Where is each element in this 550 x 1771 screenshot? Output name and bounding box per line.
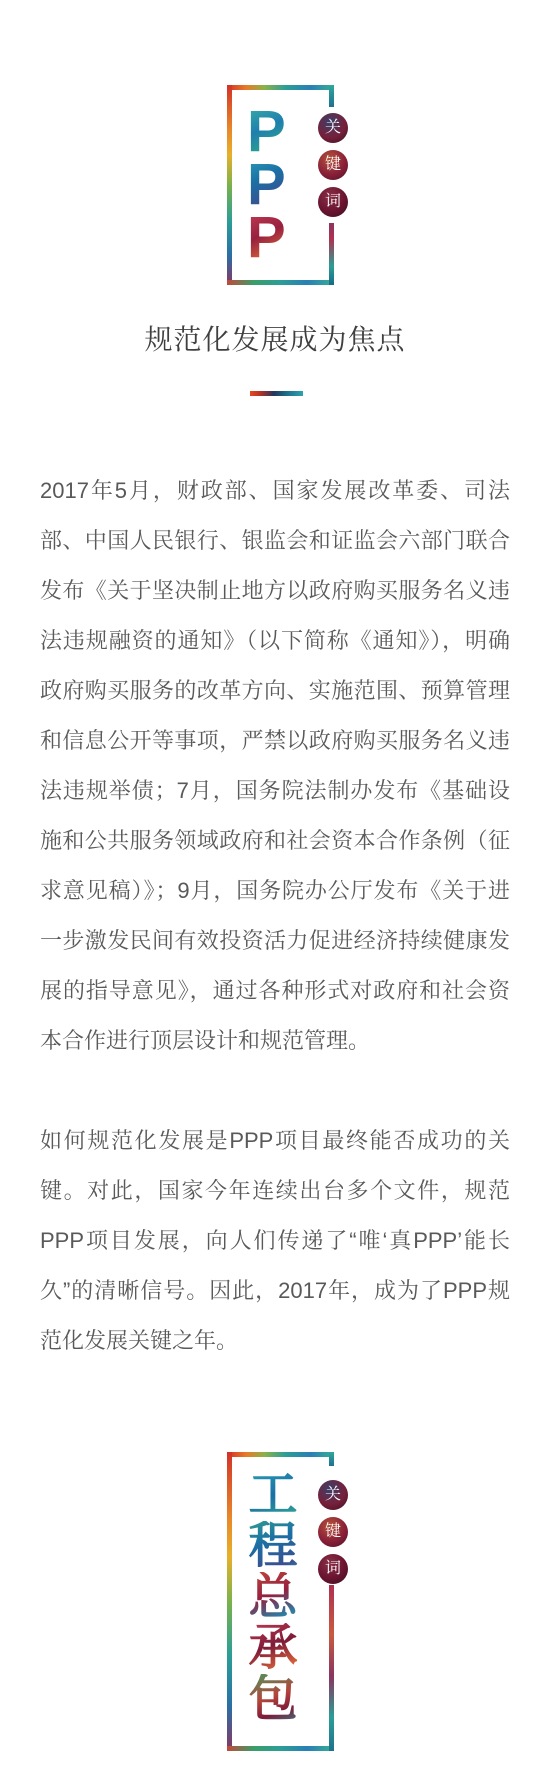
frame-bottom-border	[227, 280, 334, 285]
frame-top-border	[227, 1452, 334, 1457]
frame-top-border	[227, 85, 334, 90]
next-keyword-logo: 工 程 总 承 包 关 键 词	[227, 1452, 334, 1751]
article-page: P P P 关 键 词 规范化发展成为焦点 2017年5月，财政部、国家发展改革…	[0, 0, 550, 1771]
frame-bottom-border	[227, 1746, 334, 1751]
paragraph-conclusion: 如何规范化发展是PPP项目最终能否成功的关键。对此，国家今年连续出台多个文件，规…	[40, 1116, 510, 1366]
keyword-badges: 关 键 词	[318, 1480, 348, 1591]
ppp-keyword-logo: P P P 关 键 词	[227, 85, 334, 285]
logo-letter-p-3: P	[247, 211, 301, 264]
keyword-badge-1: 关	[318, 113, 348, 143]
keyword-badge-1: 关	[318, 1480, 348, 1510]
keyword-badge-3: 词	[318, 1554, 348, 1584]
paragraph-policy-overview: 2017年5月，财政部、国家发展改革委、司法部、中国人民银行、银监会和证监会六部…	[40, 466, 510, 1066]
gradient-divider	[250, 391, 303, 396]
logo-letter-p-2: P	[247, 158, 301, 211]
article-title: 规范化发展成为焦点	[0, 318, 550, 358]
frame-left-border	[227, 1452, 232, 1751]
article-body: 2017年5月，财政部、国家发展改革委、司法部、中国人民银行、银监会和证监会六部…	[40, 466, 510, 1416]
frame-right-border-top	[329, 85, 334, 107]
frame-right-border-top	[329, 1452, 334, 1466]
vertical-keyword-characters: 工 程 总 承 包	[244, 1470, 302, 1725]
keyword-badges: 关 键 词	[318, 113, 348, 224]
keyword-char-2: 程	[244, 1521, 302, 1572]
keyword-char-4: 承	[244, 1623, 302, 1674]
keyword-char-5: 包	[244, 1674, 302, 1725]
frame-left-border	[227, 85, 232, 285]
frame-right-border-bottom	[329, 1585, 334, 1751]
keyword-badge-3: 词	[318, 187, 348, 217]
ppp-letters: P P P	[247, 105, 301, 264]
keyword-char-1: 工	[244, 1470, 302, 1521]
keyword-badge-2: 键	[318, 150, 348, 180]
keyword-char-3: 总	[244, 1572, 302, 1623]
keyword-badge-2: 键	[318, 1517, 348, 1547]
frame-right-border-bottom	[329, 223, 334, 285]
logo-letter-p-1: P	[247, 105, 301, 158]
